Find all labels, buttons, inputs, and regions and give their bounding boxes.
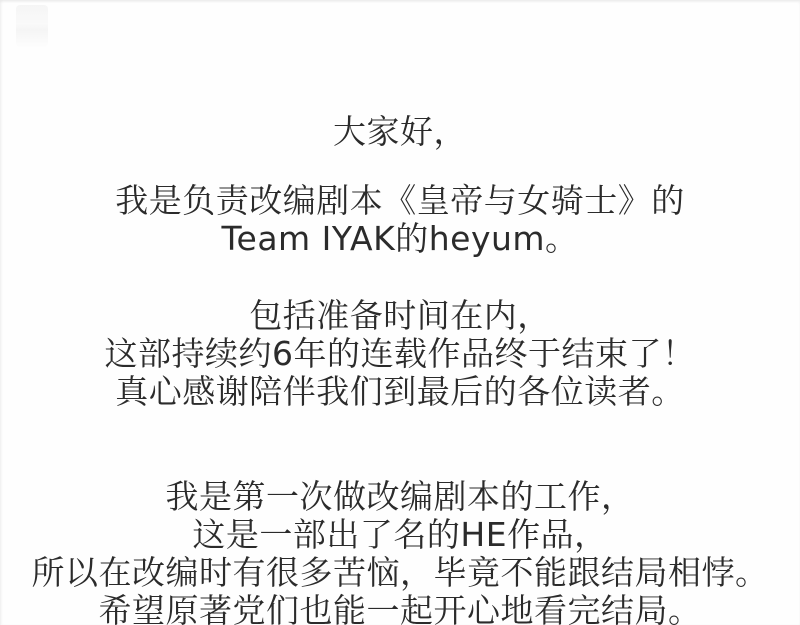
afterword-page: 大家好， 我是负责改编剧本《皇帝与女骑士》的 Team IYAK的heyum。 … xyxy=(0,0,800,625)
reflection-line-1: 我是第一次做改编剧本的工作， xyxy=(0,478,800,516)
intro-line-2: Team IYAK的heyum。 xyxy=(0,220,800,258)
thanks-line-3: 真心感谢陪伴我们到最后的各位读者。 xyxy=(0,373,800,411)
thanks-line-2: 这部持续约6年的连载作品终于结束了！ xyxy=(0,335,800,373)
greeting-paragraph: 大家好， xyxy=(0,113,800,151)
thanks-paragraph: 包括准备时间在内， 这部持续约6年的连载作品终于结束了！ 真心感谢陪伴我们到最后… xyxy=(0,297,800,411)
corner-smudge xyxy=(16,5,48,47)
reflection-line-2: 这是一部出了名的HE作品， xyxy=(0,516,800,554)
greeting-line-1: 大家好， xyxy=(0,113,800,151)
intro-line-1: 我是负责改编剧本《皇帝与女骑士》的 xyxy=(0,182,800,220)
reflection-line-3: 所以在改编时有很多苦恼，毕竟不能跟结局相悖。 xyxy=(0,554,800,592)
intro-paragraph: 我是负责改编剧本《皇帝与女骑士》的 Team IYAK的heyum。 xyxy=(0,182,800,258)
reflection-line-4: 希望原著党们也能一起开心地看完结局。 xyxy=(0,592,800,625)
reflection-paragraph: 我是第一次做改编剧本的工作， 这是一部出了名的HE作品， 所以在改编时有很多苦恼… xyxy=(0,478,800,625)
thanks-line-1: 包括准备时间在内， xyxy=(0,297,800,335)
